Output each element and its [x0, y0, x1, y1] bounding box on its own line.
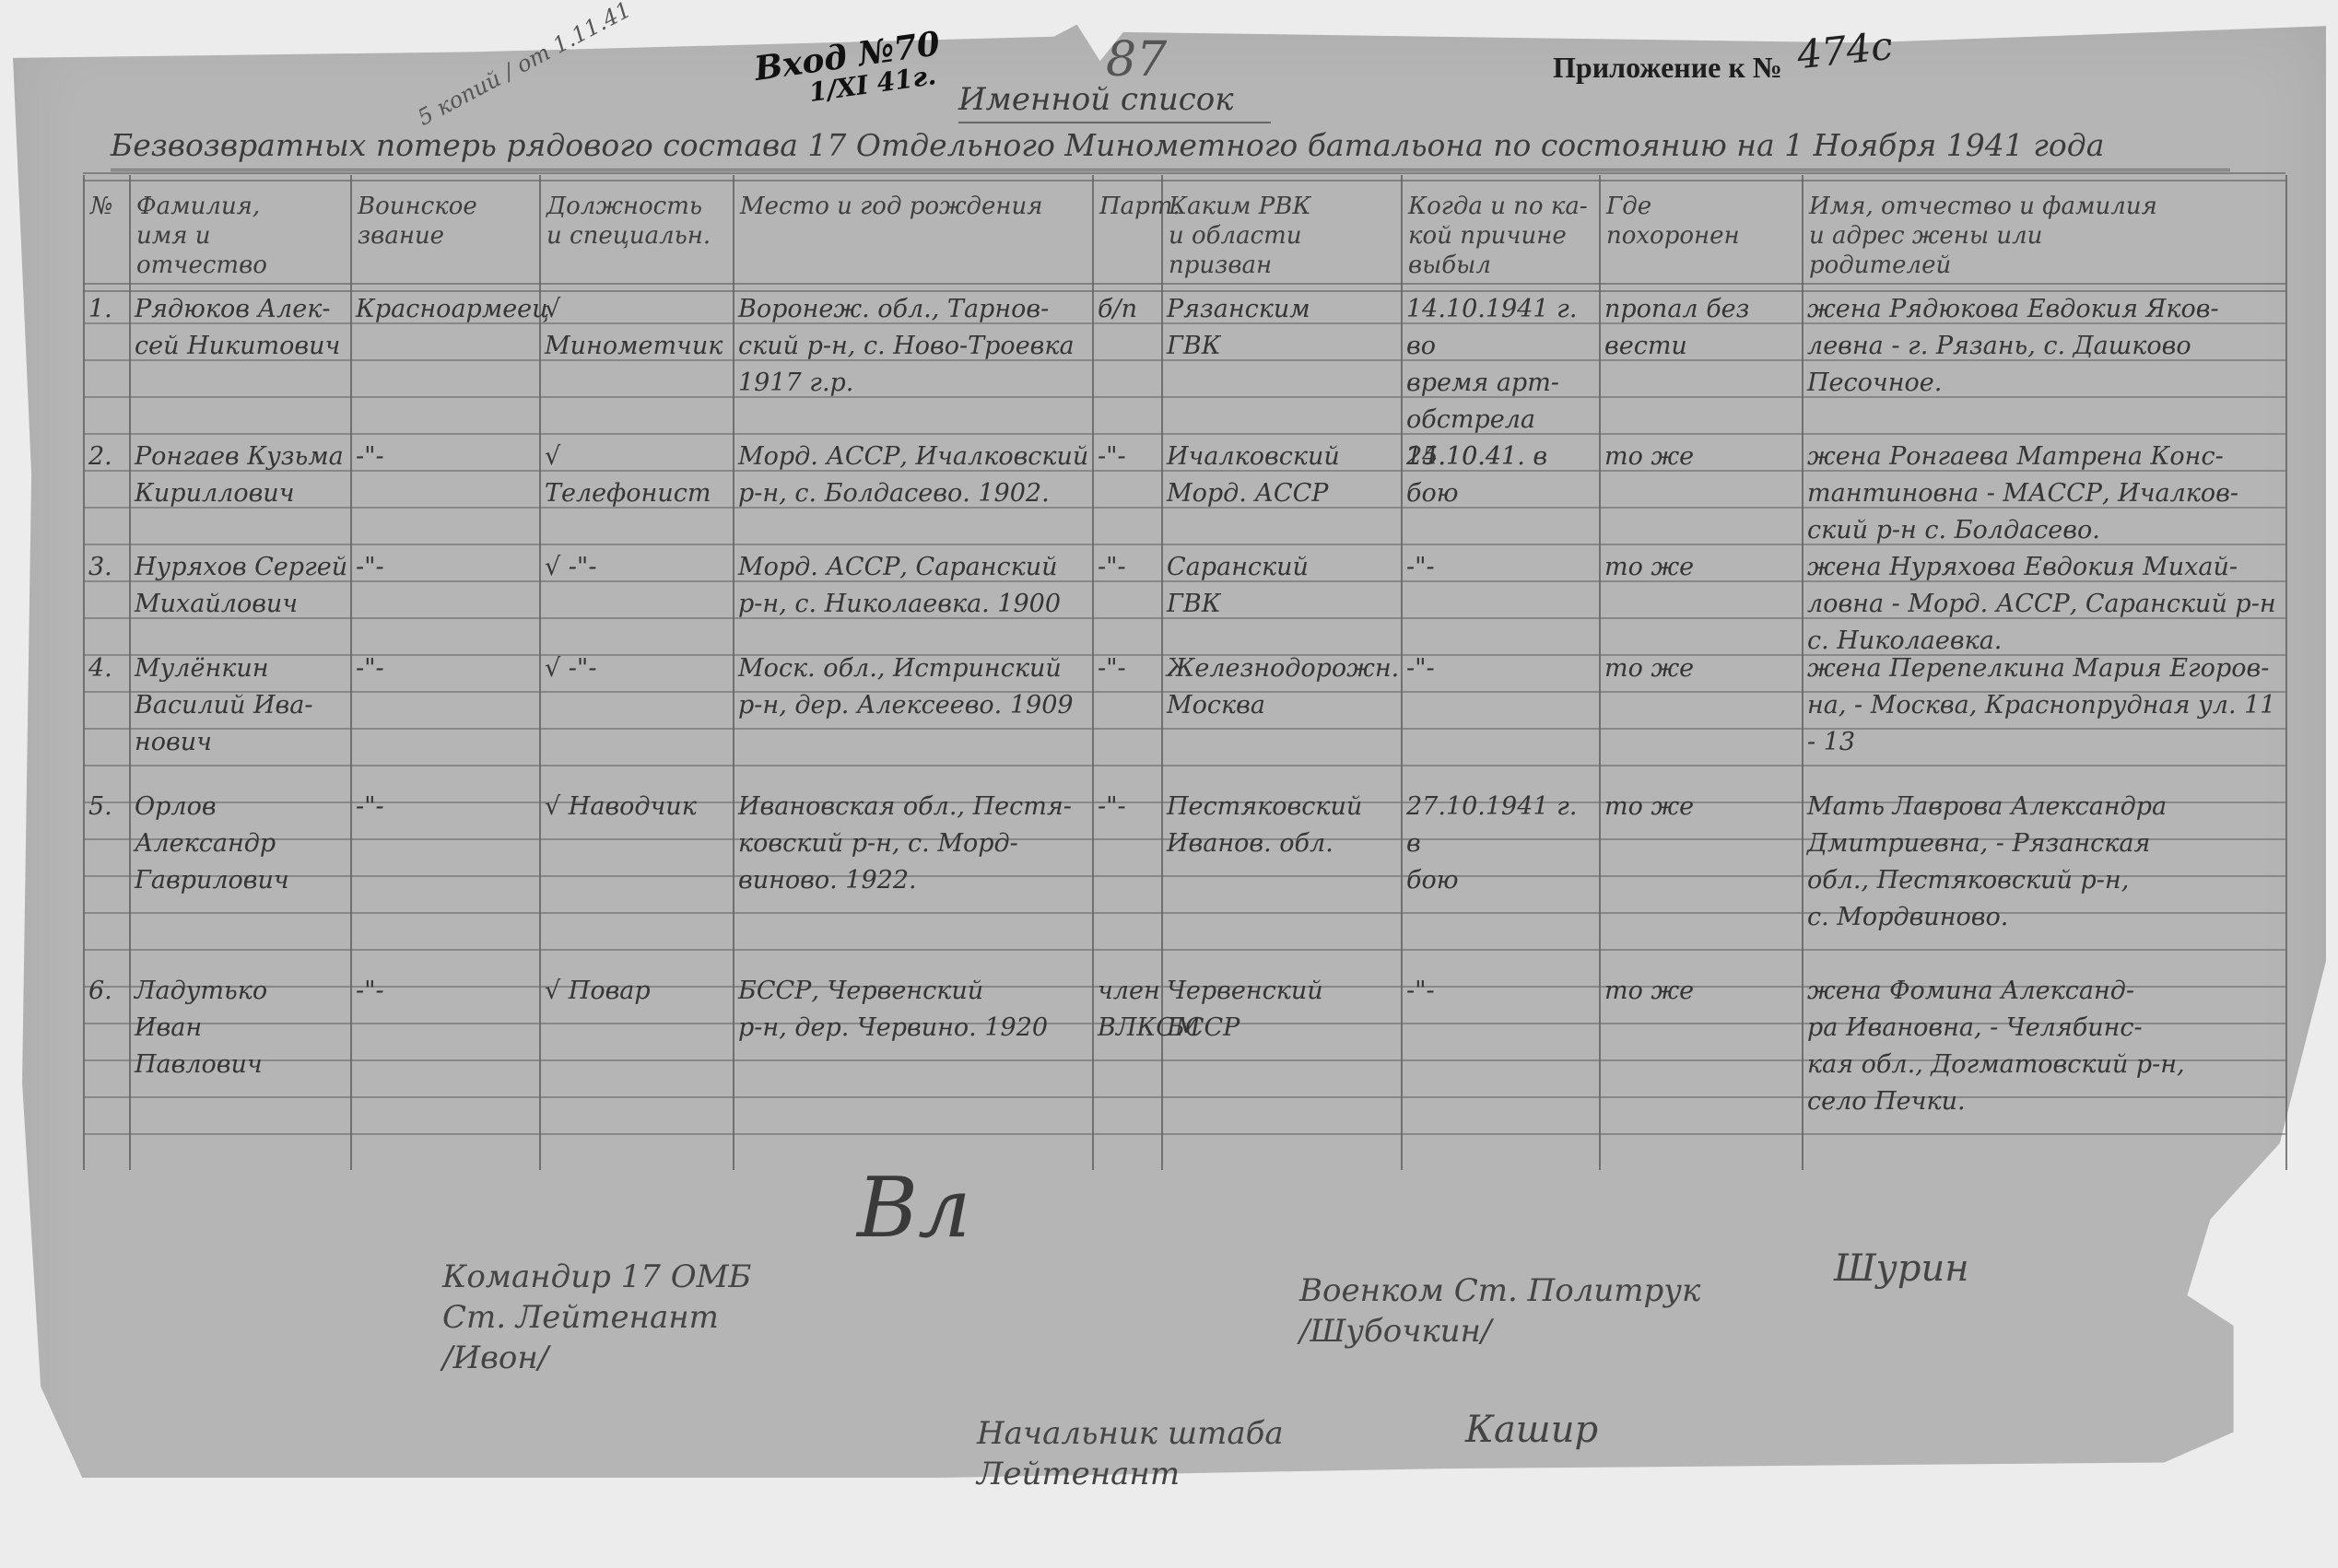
table-cell-relatives: жена Рядюкова Евдокия Яков- левна - г. Р…: [1807, 291, 2284, 402]
table-header-cell: Место и год рождения: [740, 192, 1088, 221]
table-cell-relatives: жена Нуряхова Евдокия Михай- ловна - Мор…: [1807, 549, 2284, 660]
table-cell-buried: то же: [1604, 973, 1800, 1010]
table-cell-num: 4.: [88, 650, 127, 687]
table-cell-rvk: Пестяковский Иванов. обл.: [1167, 789, 1399, 862]
table-cell-name: Ронгаев Кузьма Кириллович: [135, 439, 348, 512]
table-cell-rank: Красноармеец: [356, 291, 537, 328]
table-cell-rank: -"-: [356, 650, 537, 687]
list-title: Именной список: [958, 81, 1271, 123]
table-cell-position: √ Повар: [545, 973, 731, 1010]
signature-commissar: Военком Ст. Политрук /Шубочкин/: [1299, 1230, 1700, 1352]
table-column-rule: [1092, 175, 1094, 1170]
table-cell-relatives: жена Перепелкина Мария Егоров- на, - Мос…: [1807, 650, 2284, 761]
table-cell-position: √ Наводчик: [545, 789, 731, 825]
table-cell-position: √ -"-: [545, 650, 731, 687]
table-header-cell: №: [90, 192, 125, 221]
table-cell-rank: -"-: [356, 549, 537, 586]
table-cell-relatives: жена Фомина Александ- ра Ивановна, - Чел…: [1807, 973, 2284, 1120]
table-cell-num: 3.: [88, 549, 127, 586]
table-header-cell: Должность и специальн.: [546, 192, 729, 251]
table-column-rule: [83, 175, 85, 1170]
table-cell-buried: пропал без вести: [1604, 291, 1800, 365]
signature-commissar-text: Военком Ст. Политрук /Шубочкин/: [1299, 1272, 1700, 1350]
table-cell-birth: Моск. обл., Истринский р-н, дер. Алексее…: [738, 650, 1090, 724]
table-ruled-line: [83, 1133, 2285, 1135]
table-cell-num: 5.: [88, 789, 127, 825]
table-cell-party: -"-: [1098, 650, 1159, 687]
table-cell-when-why: -"-: [1406, 549, 1597, 586]
signature-commander-text: Командир 17 ОМБ Ст. Лейтенант /Ивон/: [442, 1258, 751, 1376]
table-cell-buried: то же: [1604, 789, 1800, 825]
table-cell-name: Нуряхов Сергей Михайлович: [135, 549, 348, 623]
table-cell-name: Ладутько Иван Павлович: [135, 973, 348, 1083]
table-cell-name: Орлов Александр Гаврилович: [135, 789, 348, 899]
table-column-rule: [539, 175, 541, 1170]
signature-commissar-mark: Шурин: [1834, 1248, 1969, 1289]
table-cell-rvk: Ичалковский Морд. АССР: [1167, 439, 1399, 512]
table-header-cell: Фамилия, имя и отчество: [136, 192, 347, 280]
table-cell-when-why: 27.10.1941 г. в бою: [1406, 789, 1597, 899]
table-cell-rank: -"-: [356, 973, 537, 1010]
table-column-rule: [129, 175, 131, 1170]
table-cell-rvk: Железнодорожн. Москва: [1167, 650, 1399, 724]
signature-commander: Командир 17 ОМБ Ст. Лейтенант /Ивон/: [442, 1216, 751, 1378]
table-cell-when-why: -"-: [1406, 973, 1597, 1010]
table-cell-party: -"-: [1098, 439, 1159, 475]
table-header-cell: Каким РВК и области призван: [1169, 192, 1397, 280]
table-cell-num: 1.: [88, 291, 127, 328]
table-cell-name: Мулёнкин Василий Ива- нович: [135, 650, 348, 761]
table-header-cell: Когда и по ка- кой причине выбыл: [1408, 192, 1595, 280]
table-ruled-line: [83, 433, 2285, 435]
document-subtitle: Безвозвратных потерь рядового состава 17…: [111, 127, 2230, 171]
table-cell-rank: -"-: [356, 789, 537, 825]
table-cell-party: б/п: [1098, 291, 1159, 328]
table-cell-when-why: 25.10.41. в бою: [1406, 439, 1597, 512]
table-column-rule: [1802, 175, 1803, 1170]
table-column-rule: [1401, 175, 1403, 1170]
table-cell-num: 6.: [88, 973, 127, 1010]
table-cell-birth: Воронеж. обл., Тарнов- ский р-н, с. Ново…: [738, 291, 1090, 402]
table-header-cell: Где похоронен: [1606, 192, 1798, 251]
table-header-cell: Парт.: [1099, 192, 1157, 221]
table-column-rule: [2285, 175, 2287, 1170]
table-header-cell: Воинское звание: [358, 192, 535, 251]
appendix-label: Приложение к №: [1553, 51, 1782, 85]
table-cell-num: 2.: [88, 439, 127, 475]
table-column-rule: [350, 175, 352, 1170]
signature-chief-of-staff-mark: Кашир: [1465, 1410, 1598, 1450]
table-cell-birth: Морд. АССР, Ичалковский р-н, с. Болдасев…: [738, 439, 1090, 512]
table-ruled-line: [83, 765, 2285, 766]
table-cell-party: -"-: [1098, 549, 1159, 586]
table-cell-relatives: жена Ронгаева Матрена Конс- тантиновна -…: [1807, 439, 2284, 549]
table-header-cell: Имя, отчество и фамилия и адрес жены или…: [1809, 192, 2282, 280]
table-cell-when-why: -"-: [1406, 650, 1597, 687]
table-cell-buried: то же: [1604, 549, 1800, 586]
table-column-rule: [733, 175, 734, 1170]
table-cell-buried: то же: [1604, 439, 1800, 475]
signature-commander-mark: Вл: [857, 1188, 970, 1229]
table-header-rule: [83, 172, 2285, 181]
table-cell-relatives: Мать Лаврова Александра Дмитриевна, - Ря…: [1807, 789, 2284, 936]
archive-number: 87: [1106, 32, 1167, 88]
table-cell-buried: то же: [1604, 650, 1800, 687]
table-cell-position: √ Минометчик: [545, 291, 731, 365]
table-cell-birth: Ивановская обл., Пестя- ковский р-н, с. …: [738, 789, 1090, 899]
table-cell-rvk: Червенский БССР: [1167, 973, 1399, 1047]
table-cell-rvk: Саранский ГВК: [1167, 549, 1399, 623]
table-cell-party: -"-: [1098, 789, 1159, 825]
signature-chief-of-staff-text: Начальник штаба Лейтенант: [977, 1415, 1284, 1492]
table-ruled-line: [83, 949, 2285, 951]
table-cell-party: член ВЛКСМ: [1098, 973, 1159, 1047]
table-cell-rank: -"-: [356, 439, 537, 475]
table-column-rule: [1599, 175, 1601, 1170]
table-cell-position: √ Телефонист: [545, 439, 731, 512]
table-cell-rvk: Рязанским ГВК: [1167, 291, 1399, 365]
table-cell-birth: БССР, Червенский р-н, дер. Червино. 1920: [738, 973, 1090, 1047]
casualty-table: №Фамилия, имя и отчествоВоинское званиеД…: [83, 175, 2285, 1170]
table-cell-name: Рядюков Алек- сей Никитович: [135, 291, 348, 365]
table-cell-birth: Морд. АССР, Саранский р-н, с. Николаевка…: [738, 549, 1090, 623]
signature-chief-of-staff: Начальник штаба Лейтенант: [977, 1373, 1284, 1494]
table-cell-position: √ -"-: [545, 549, 731, 586]
